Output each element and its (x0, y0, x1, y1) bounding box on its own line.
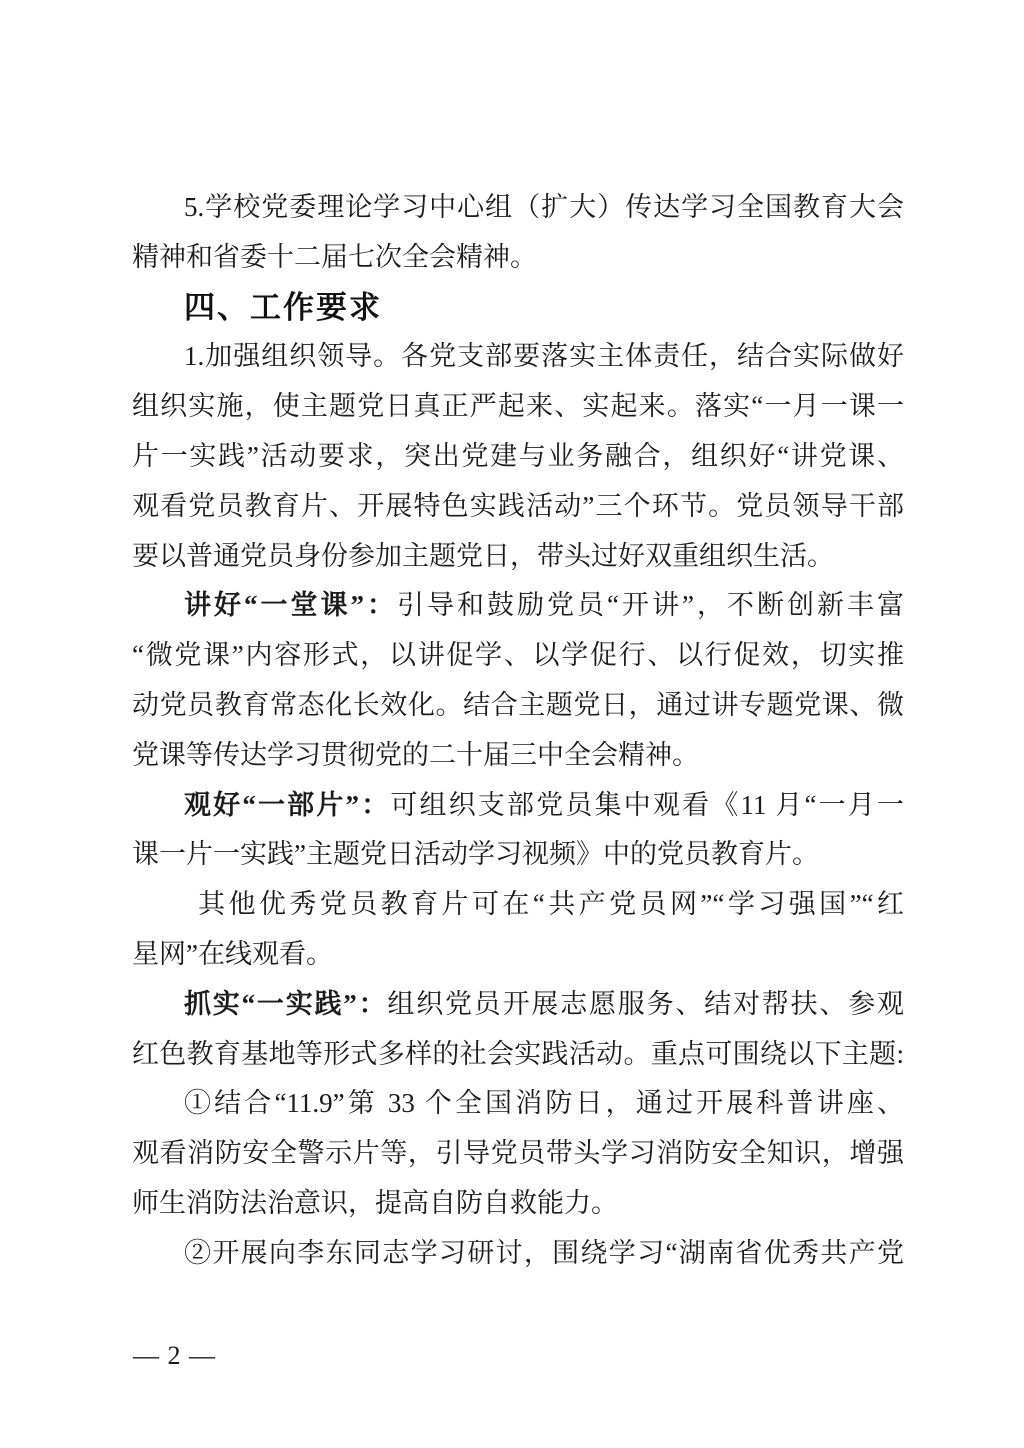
paragraph-lecture-line-3: 动党员教育常态化长效化。结合主题党日，通过讲专题党课、微 (132, 681, 904, 731)
paragraph-item-5-line-2: 精神和省委十二届七次全会精神。 (132, 233, 904, 283)
text-segment: ①结合“11.9”第 33 个全国消防日，通过开展科普讲座、 (184, 1088, 904, 1118)
paragraph-lecture-line-2: “微党课”内容形式，以讲促学、以学促行、以行促效，切实推 (132, 631, 904, 681)
bold-lead-text: 讲好“一堂课”： (184, 590, 397, 620)
heading-section-4-line-1: 四、工作要求 (132, 283, 904, 333)
text-segment: 组织实施，使主题党日真正严起来、实起来。落实“一月一课一 (132, 391, 904, 421)
text-segment: 组织党员开展志愿服务、结对帮扶、参观 (387, 989, 904, 1019)
paragraph-point-1-line-1: 1.加强组织领导。各党支部要落实主体责任，结合实际做好 (132, 332, 904, 382)
text-segment: ②开展向李东同志学习研讨，围绕学习“湖南省优秀共产党 (184, 1238, 904, 1268)
paragraph-topic-1-line-3: 师生消防法治意识，提高自防自救能力。 (132, 1179, 904, 1229)
text-segment: 红色教育基地等形式多样的社会实践活动。重点可围绕以下主题: (132, 1039, 904, 1069)
bold-lead-text: 抓实“一实践”： (184, 989, 387, 1019)
paragraph-point-1-line-5: 要以普通党员身份参加主题党日，带头过好双重组织生活。 (132, 532, 904, 582)
text-segment: 其他优秀党员教育片可在“共产党员网”“学习强国”“红 (198, 889, 904, 919)
text-segment: 可组织支部党员集中观看《11 月“一月一 (390, 790, 904, 820)
text-segment: 星网”在线观看。 (132, 939, 333, 969)
paragraph-topic-1-line-1: ①结合“11.9”第 33 个全国消防日，通过开展科普讲座、 (132, 1079, 904, 1129)
paragraph-point-1-line-2: 组织实施，使主题党日真正严起来、实起来。落实“一月一课一 (132, 382, 904, 432)
text-segment: 课一片一实践”主题党日活动学习视频》中的党员教育片。 (132, 839, 819, 869)
paragraph-topic-1-line-2: 观看消防安全警示片等，引导党员带头学习消防安全知识，增强 (132, 1129, 904, 1179)
paragraph-practice-line-1: 抓实“一实践”：组织党员开展志愿服务、结对帮扶、参观 (132, 980, 904, 1030)
text-segment: 片一实践”活动要求，突出党建与业务融合，组织好“讲党课、 (132, 441, 904, 471)
text-segment: 5.学校党委理论学习中心组（扩大）传达学习全国教育大会 (184, 192, 904, 222)
bold-lead-text: 观好“一部片”： (184, 790, 390, 820)
paragraph-practice-line-2: 红色教育基地等形式多样的社会实践活动。重点可围绕以下主题: (132, 1030, 904, 1080)
document-body: 5.学校党委理论学习中心组（扩大）传达学习全国教育大会精神和省委十二届七次全会精… (132, 183, 904, 1279)
paragraph-other-films-line-1: 其他优秀党员教育片可在“共产党员网”“学习强国”“红 (132, 880, 904, 930)
paragraph-other-films-line-2: 星网”在线观看。 (132, 930, 904, 980)
paragraph-point-1-line-4: 观看党员教育片、开展特色实践活动”三个环节。党员领导干部 (132, 482, 904, 532)
paragraph-point-1-line-3: 片一实践”活动要求，突出党建与业务融合，组织好“讲党课、 (132, 432, 904, 482)
paragraph-film-line-1: 观好“一部片”：可组织支部党员集中观看《11 月“一月一 (132, 781, 904, 831)
text-segment: 党课等传达学习贯彻党的二十届三中全会精神。 (132, 740, 699, 770)
paragraph-lecture-line-4: 党课等传达学习贯彻党的二十届三中全会精神。 (132, 731, 904, 781)
paragraph-film-line-2: 课一片一实践”主题党日活动学习视频》中的党员教育片。 (132, 830, 904, 880)
paragraph-item-5-line-1: 5.学校党委理论学习中心组（扩大）传达学习全国教育大会 (132, 183, 904, 233)
text-segment: 师生消防法治意识，提高自防自救能力。 (132, 1188, 618, 1218)
paragraph-lecture-line-1: 讲好“一堂课”：引导和鼓励党员“开讲”，不断创新丰富 (132, 581, 904, 631)
text-segment: 动党员教育常态化长效化。结合主题党日，通过讲专题党课、微 (132, 690, 904, 720)
text-segment: “微党课”内容形式，以讲促学、以学促行、以行促效，切实推 (132, 640, 904, 670)
text-segment: 要以普通党员身份参加主题党日，带头过好双重组织生活。 (132, 541, 834, 571)
text-segment: 观看党员教育片、开展特色实践活动”三个环节。党员领导干部 (132, 491, 904, 521)
text-segment: 引导和鼓励党员“开讲”，不断创新丰富 (397, 590, 904, 620)
page-number: — 2 — (133, 1342, 216, 1370)
text-segment: 观看消防安全警示片等，引导党员带头学习消防安全知识，增强 (132, 1138, 904, 1168)
text-segment: 1.加强组织领导。各党支部要落实主体责任，结合实际做好 (184, 341, 904, 371)
paragraph-topic-2-line-1: ②开展向李东同志学习研讨，围绕学习“湖南省优秀共产党 (132, 1229, 904, 1279)
document-page: 5.学校党委理论学习中心组（扩大）传达学习全国教育大会精神和省委十二届七次全会精… (0, 0, 1024, 1448)
bold-lead-text: 四、工作要求 (184, 290, 382, 325)
text-segment: 精神和省委十二届七次全会精神。 (132, 242, 537, 272)
